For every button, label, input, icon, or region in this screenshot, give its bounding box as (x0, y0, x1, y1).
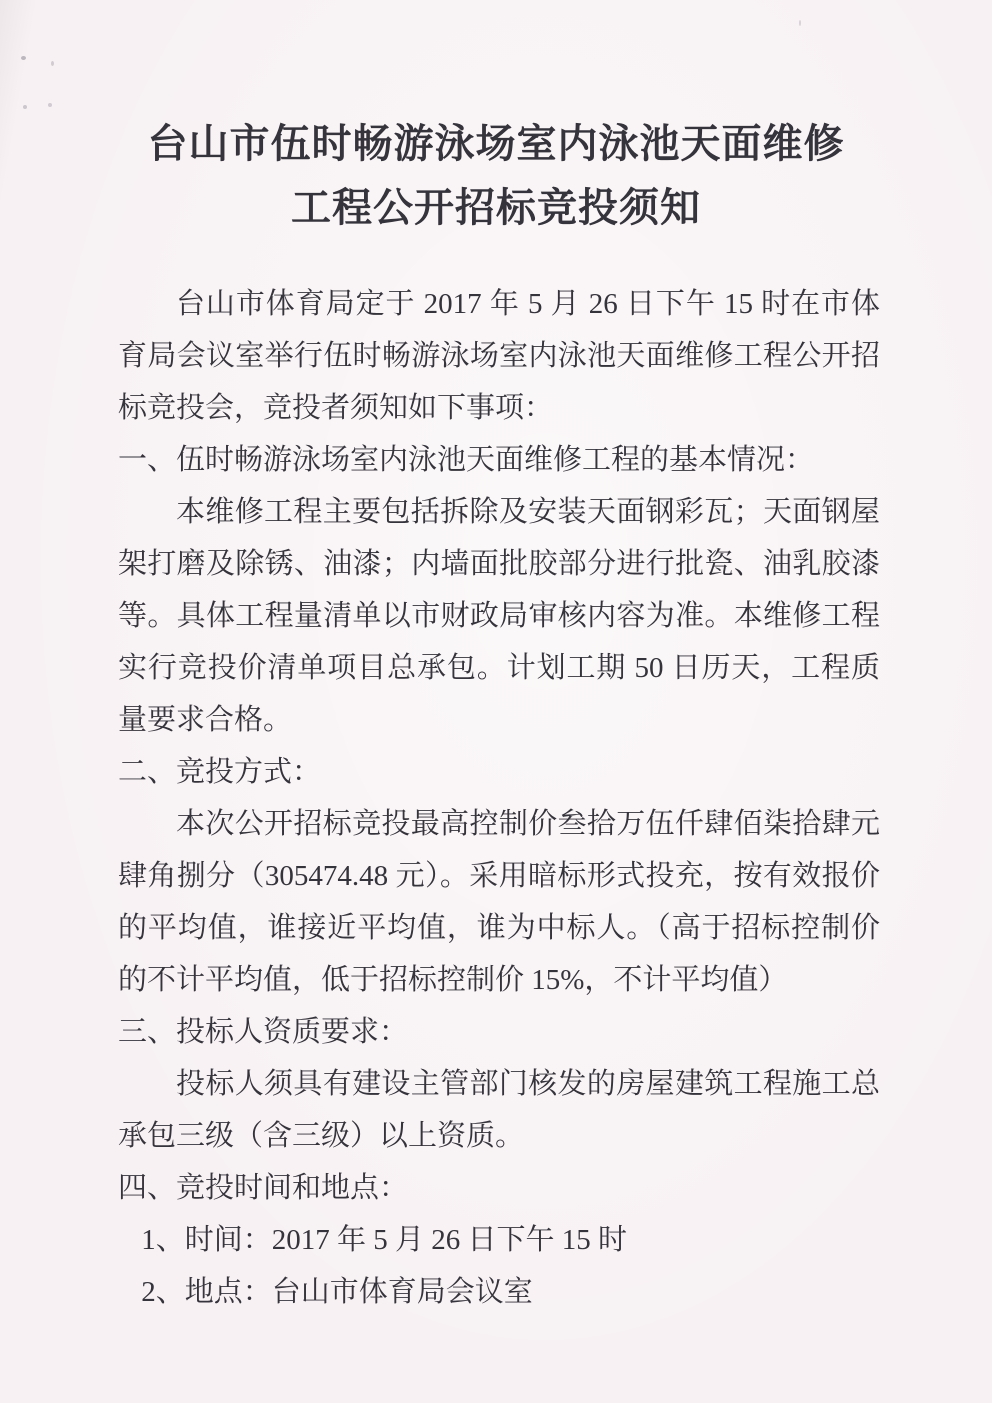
section-4-item-location: 2、地点：台山市体育局会议室 (118, 1266, 880, 1318)
document-body: 台山市体育局定于 2017 年 5 月 26 日下午 15 时在市体育局会议室举… (0, 278, 992, 1318)
section-4-heading: 四、竞投时间和地点： (118, 1162, 880, 1214)
section-1-paragraph: 本维修工程主要包括拆除及安装天面钢彩瓦；天面钢屋架打磨及除锈、油漆；内墙面批胶部… (118, 486, 880, 746)
scan-artifact (48, 103, 52, 107)
document-title-line-2: 工程公开招标竞投须知 (0, 176, 992, 240)
section-4-item-time: 1、时间：2017 年 5 月 26 日下午 15 时 (118, 1214, 880, 1266)
section-2-paragraph: 本次公开招标竞投最高控制价叁拾万伍仟肆佰柒拾肆元肆角捌分（305474.48 元… (118, 798, 880, 1006)
document-title-line-1: 台山市伍时畅游泳场室内泳池天面维修 (0, 112, 992, 176)
scan-artifact (21, 56, 26, 60)
section-3-paragraph: 投标人须具有建设主管部门核发的房屋建筑工程施工总承包三级（含三级）以上资质。 (118, 1058, 880, 1162)
scan-artifact (799, 20, 801, 26)
section-1-heading: 一、伍时畅游泳场室内泳池天面维修工程的基本情况： (118, 434, 880, 486)
section-3-heading: 三、投标人资质要求： (118, 1006, 880, 1058)
scan-artifact (23, 105, 27, 109)
intro-paragraph: 台山市体育局定于 2017 年 5 月 26 日下午 15 时在市体育局会议室举… (118, 278, 880, 434)
scan-artifact (51, 61, 54, 66)
scanned-document-page: 台山市伍时畅游泳场室内泳池天面维修 工程公开招标竞投须知 台山市体育局定于 20… (0, 0, 992, 1403)
document-title: 台山市伍时畅游泳场室内泳池天面维修 工程公开招标竞投须知 (0, 112, 992, 240)
section-2-heading: 二、竞投方式： (118, 746, 880, 798)
